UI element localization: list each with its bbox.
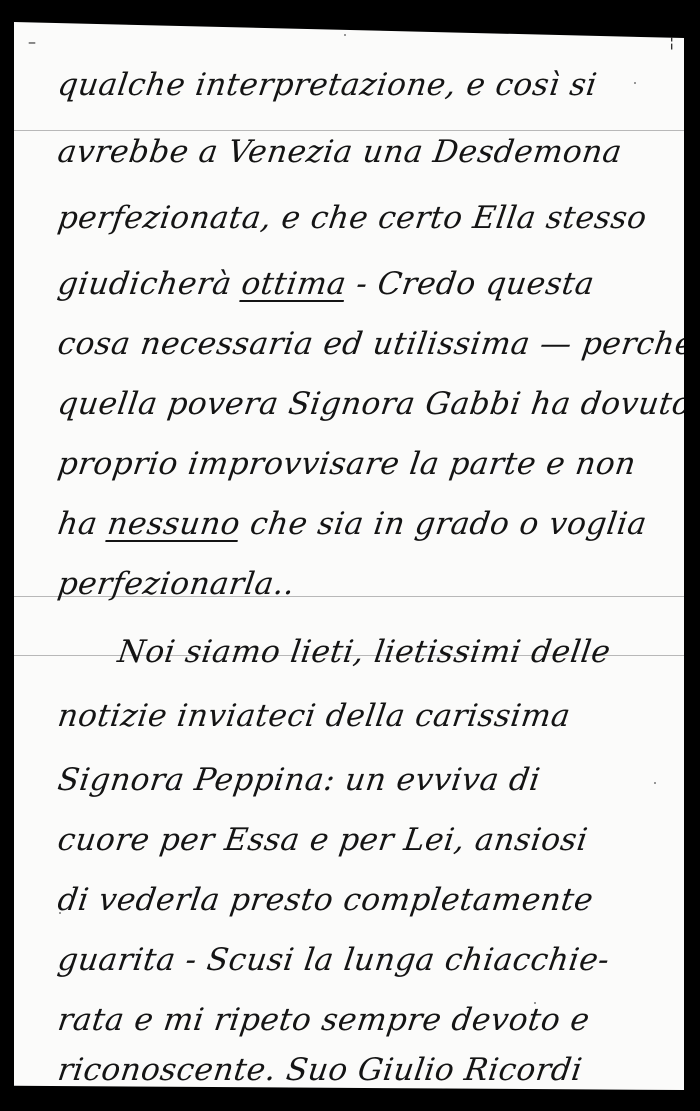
underlined-word: ottima xyxy=(239,266,348,302)
letter-line-13: cuore per Essa e per Lei, ansiosi xyxy=(55,822,590,858)
letter-line-12: Signora Peppina: un evviva di xyxy=(55,762,542,798)
letter-line-10: Noi siamo lieti, lietissimi delle xyxy=(115,634,612,670)
letter-line-17-signature: riconoscente. Suo Giulio Ricordi xyxy=(55,1052,584,1088)
letter-line-15: guarita - Scusi la lunga chiacchie- xyxy=(55,942,611,978)
letter-line-11: notizie inviateci della carissima xyxy=(55,698,572,734)
letter-line-1: qualche interpretazione, e così si xyxy=(55,67,599,103)
letter-page: – ¦ qualche interpretazione, e così si a… xyxy=(14,22,684,1090)
letter-line-14: di vederla presto completamente xyxy=(55,882,595,918)
letter-line-4: giudicherà ottima - Credo questa xyxy=(55,266,596,302)
letter-line-16: rata e mi ripeto sempre devoto e xyxy=(55,1002,592,1038)
letter-line-7: proprio improvvisare la parte e non xyxy=(55,446,638,482)
edge-mark: ¦ xyxy=(669,32,674,51)
letter-line-2: avrebbe a Venezia una Desdemona xyxy=(55,134,624,170)
edge-mark: – xyxy=(28,32,36,51)
letter-line-9: perfezionarla.. xyxy=(55,566,297,602)
letter-line-6: quella povera Signora Gabbi ha dovuto xyxy=(55,386,693,422)
underlined-word: nessuno xyxy=(105,506,242,542)
letter-line-8: ha nessuno che sia in grado o voglia xyxy=(55,506,649,542)
paper-fold-line xyxy=(14,130,684,131)
letter-line-5: cosa necessaria ed utilissima — perchè xyxy=(55,326,696,362)
letter-line-3: perfezionata, e che certo Ella stesso xyxy=(55,200,649,236)
